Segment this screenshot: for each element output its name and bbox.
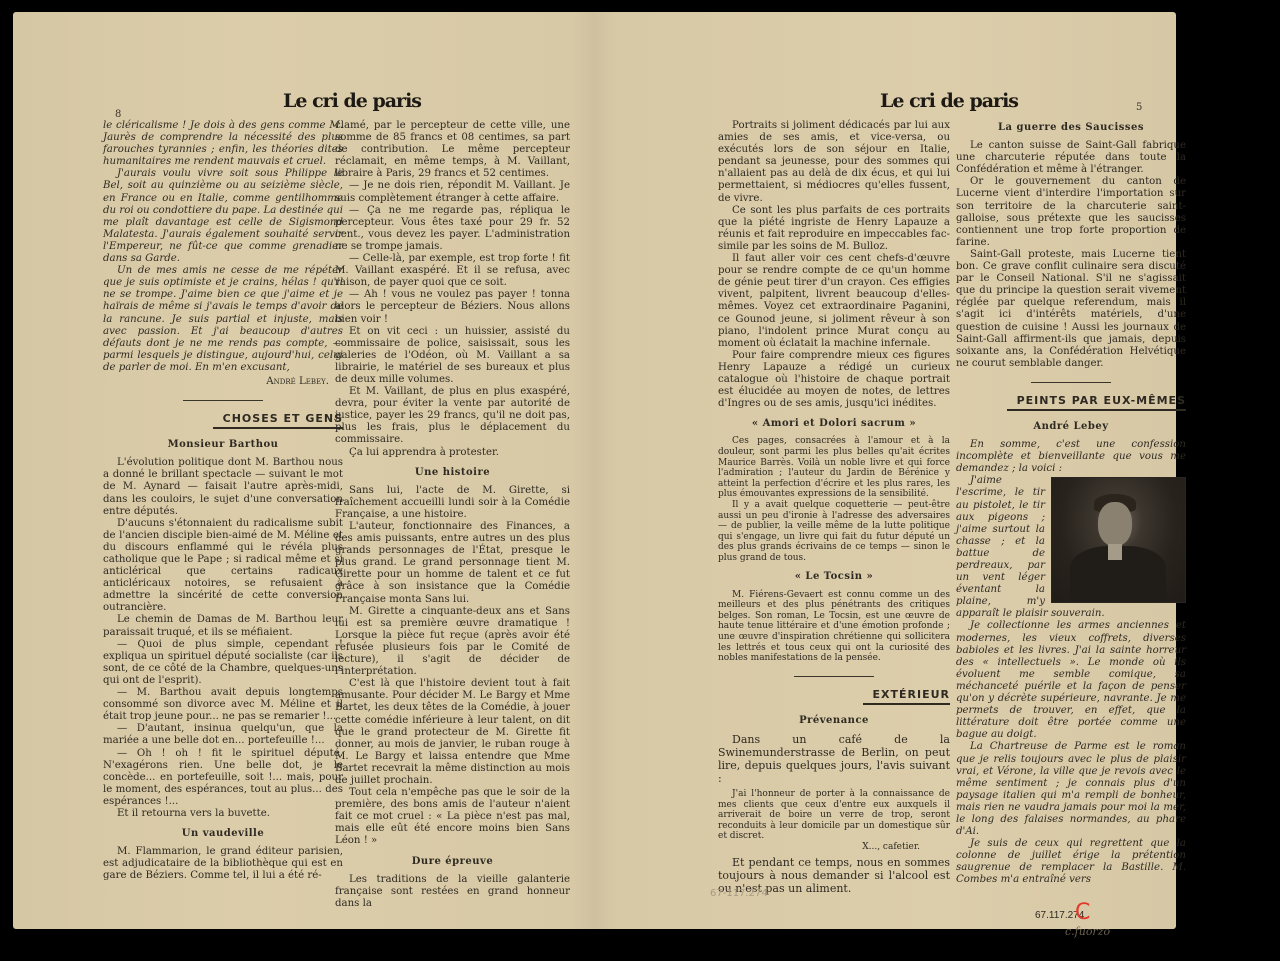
section-title: EXTÉRIEUR	[718, 689, 950, 705]
paragraph: Sans lui, l'acte de M. Girette, si fraîc…	[335, 485, 570, 521]
paragraph: M. Fiérens-Gevaert est connu comme un de…	[718, 590, 950, 664]
paragraph: Tout cela n'empêche pas que le soir de l…	[335, 787, 570, 847]
right-column-2: La guerre des Saucisses Le canton suisse…	[956, 120, 1186, 887]
section-title: PEINTS PAR EUX-MÊMES	[956, 395, 1186, 411]
section-title: CHOSES ET GENS	[103, 413, 343, 429]
paragraph: Ce sont les plus parfaits de ces portrai…	[718, 205, 950, 253]
article-title: Une histoire	[335, 467, 570, 479]
left-page: Le cri de paris 8 le cléricalisme ! Je d…	[13, 12, 593, 929]
paragraph: Saint-Gall proteste, mais Lucerne tient …	[956, 249, 1186, 370]
paragraph: Un de mes amis ne cesse de me répéter qu…	[103, 265, 343, 374]
paragraph: — Oh ! oh ! fit le spirituel député. N'e…	[103, 748, 343, 808]
paragraph: En somme, c'est une confession incomplèt…	[956, 439, 1186, 475]
paragraph: Portraits si joliment dédicacés par lui …	[718, 120, 950, 205]
article-title: La guerre des Saucisses	[956, 122, 1186, 134]
paragraph: D'aucuns s'étonnaient du radicalisme sub…	[103, 518, 343, 615]
pencil-inventory-number: 67-117.274	[710, 888, 768, 899]
divider	[1031, 382, 1111, 383]
divider	[183, 400, 263, 401]
paragraph: — Celle-là, par exemple, est trop forte …	[335, 253, 570, 289]
page-number: 5	[1136, 102, 1142, 113]
paragraph: clamé, par le percepteur de cette ville,…	[335, 120, 570, 180]
paragraph: Le canton suisse de Saint-Gall fabrique …	[956, 140, 1186, 176]
paragraph: Le chemin de Damas de M. Barthou leur pa…	[103, 614, 343, 638]
paragraph: le cléricalisme ! Je dois à des gens com…	[103, 120, 343, 168]
red-mark: C	[1075, 900, 1090, 925]
divider	[794, 676, 874, 677]
paragraph: C'est là que l'histoire devient tout à f…	[335, 678, 570, 787]
paragraph: Je suis de ceux qui regrettent que la co…	[956, 838, 1186, 886]
article-title: Dure épreuve	[335, 856, 570, 868]
newspaper-spread: Le cri de paris 8 le cléricalisme ! Je d…	[13, 12, 1176, 929]
paragraph: Les traditions de la vieille galanterie …	[335, 874, 570, 910]
right-page: Le cri de paris 5 Portraits si joliment …	[596, 12, 1176, 929]
book-title: « Amori et Dolori sacrum »	[718, 418, 950, 430]
paragraph: — D'autant, insinua quelqu'un, que la ma…	[103, 723, 343, 747]
right-column-1: Portraits si joliment dédicacés par lui …	[718, 120, 950, 895]
paragraph: Il y a avait quelque coquetterie — peut-…	[718, 500, 950, 564]
left-column-2: clamé, par le percepteur de cette ville,…	[335, 120, 570, 910]
article-title: Un vaudeville	[103, 828, 343, 840]
masthead: Le cri de paris	[283, 90, 421, 112]
notice-text: J'ai l'honneur de porter à la connaissan…	[718, 789, 950, 842]
paragraph: L'auteur, fonctionnaire des Finances, a …	[335, 521, 570, 606]
paragraph: Ces pages, consacrées à l'amour et à la …	[718, 436, 950, 500]
paragraph: — Ah ! vous ne voulez pas payer ! tonna …	[335, 289, 570, 325]
signature: André Lebey.	[103, 376, 343, 388]
article-title: Monsieur Barthou	[103, 439, 343, 451]
paragraph: Or le gouvernement du canton de Lucerne …	[956, 176, 1186, 249]
article-title: Prévenance	[718, 715, 950, 727]
paragraph: Dans un café de la Swinemunderstrasse de…	[718, 733, 950, 785]
notice-signature: X..., cafetier.	[718, 842, 950, 853]
masthead: Le cri de paris	[880, 90, 1018, 112]
paragraph: M. Flammarion, le grand éditeur parisien…	[103, 846, 343, 882]
paragraph: Pour faire comprendre mieux ces figures …	[718, 350, 950, 410]
paragraph: — Je ne dois rien, répondit M. Vaillant.…	[335, 180, 570, 204]
paragraph: Ça lui apprendra à protester.	[335, 447, 570, 459]
paragraph: — M. Barthou avait depuis longtemps cons…	[103, 687, 343, 723]
left-column-1: le cléricalisme ! Je dois à des gens com…	[103, 120, 343, 882]
paragraph: — Quoi de plus simple, cependant ! expli…	[103, 639, 343, 687]
paragraph: Et il retourna vers la buvette.	[103, 808, 343, 820]
paragraph: Il faut aller voir ces cent chefs-d'œuvr…	[718, 253, 950, 350]
page-number: 8	[115, 109, 121, 120]
paragraph: J'aurais voulu vivre soit sous Philippe …	[103, 168, 343, 265]
paragraph: Je collectionne les armes anciennes et m…	[956, 620, 1186, 741]
portrait-photo	[1051, 477, 1186, 603]
paragraph: L'évolution politique dont M. Barthou no…	[103, 457, 343, 517]
book-title: « Le Tocsin »	[718, 571, 950, 583]
handwritten-note: c.fuorzo	[1065, 925, 1110, 938]
paragraph: Et M. Vaillant, de plus en plus exaspéré…	[335, 386, 570, 446]
paragraph: M. Girette a cinquante-deux ans et Sans …	[335, 606, 570, 679]
paragraph: Et on vit ceci : un huissier, assisté du…	[335, 326, 570, 386]
paragraph: — Ça ne me regarde pas, répliqua le perc…	[335, 205, 570, 253]
article-title: André Lebey	[956, 421, 1186, 433]
paragraph: La Chartreuse de Parme est le roman que …	[956, 741, 1186, 838]
